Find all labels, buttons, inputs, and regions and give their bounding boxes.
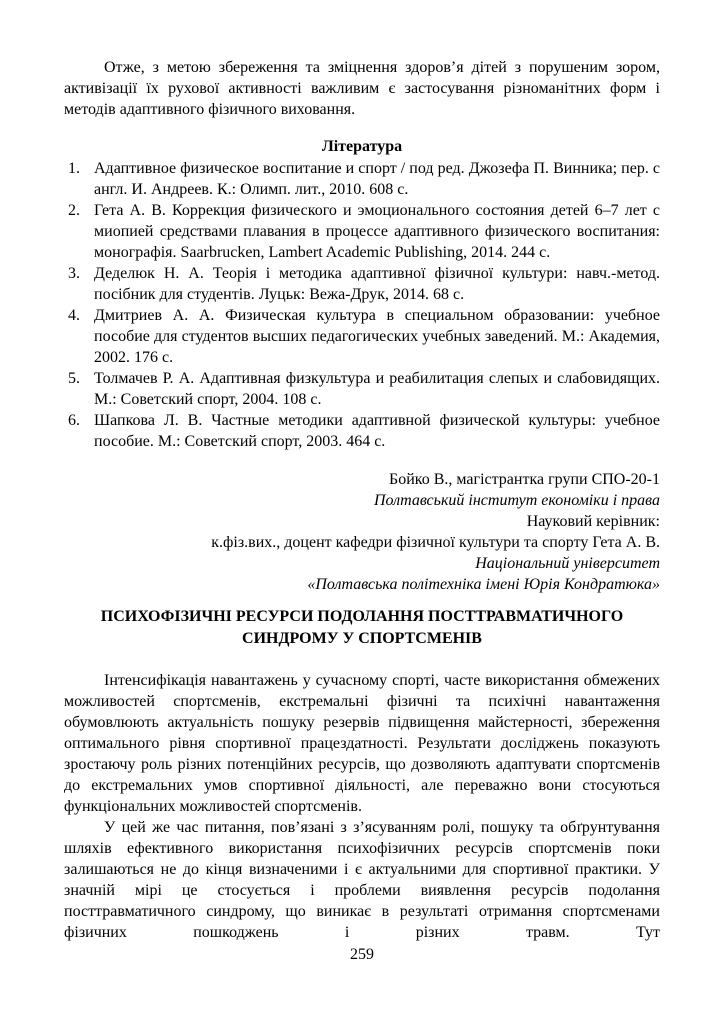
reference-number: 1. [64, 158, 94, 200]
reference-text: Шапкова Л. В. Частные методики адаптивно… [94, 410, 660, 452]
reference-number: 2. [64, 200, 94, 263]
reference-list: 1. Адаптивное физическое воспитание и сп… [64, 158, 660, 452]
reference-item: 4. Дмитриев А. А. Физическая культура в … [64, 305, 660, 368]
reference-text: Толмачев Р. А. Адаптивная физкультура и … [94, 368, 660, 410]
reference-item: 2. Гета А. В. Коррекция физического и эм… [64, 200, 660, 263]
supervisor-name-line: к.фіз.вих., доцент кафедри фізичної куль… [64, 532, 660, 553]
reference-text: Дмитриев А. А. Физическая культура в спе… [94, 305, 660, 368]
reference-number: 6. [64, 410, 94, 452]
literature-heading: Література [64, 136, 660, 157]
reference-text: Деделюк Н. А. Теорія і методика адаптивн… [94, 263, 660, 305]
author-name-line: Бойко В., магістрантка групи СПО-20-1 [64, 469, 660, 490]
reference-text: Гета А. В. Коррекция физического и эмоци… [94, 200, 660, 263]
page-number: 259 [64, 945, 660, 965]
reference-number: 3. [64, 263, 94, 305]
intro-paragraph: Отже, з метою збереження та зміцнення зд… [64, 57, 660, 120]
reference-item: 3. Деделюк Н. А. Теорія і методика адапт… [64, 263, 660, 305]
article-paragraph-1: Інтенсифікація навантажень у сучасному с… [64, 670, 660, 817]
article-title: ПСИХОФІЗИЧНІ РЕСУРСИ ПОДОЛАННЯ ПОСТТРАВМ… [64, 606, 660, 650]
author-block: Бойко В., магістрантка групи СПО-20-1 По… [64, 469, 660, 595]
reference-number: 5. [64, 368, 94, 410]
university-name-line: «Полтавська політехніка імені Юрія Кондр… [64, 574, 660, 595]
reference-item: 1. Адаптивное физическое воспитание и сп… [64, 158, 660, 200]
article-paragraph-2: У цей же час питання, пов’язані з з’ясув… [64, 817, 660, 943]
university-line: Національний університет [64, 553, 660, 574]
author-institution-line: Полтавський інститут економіки і права [64, 490, 660, 511]
reference-text: Адаптивное физическое воспитание и спорт… [94, 158, 660, 200]
supervisor-label-line: Науковий керівник: [64, 511, 660, 532]
reference-number: 4. [64, 305, 94, 368]
reference-item: 6. Шапкова Л. В. Частные методики адапти… [64, 410, 660, 452]
reference-item: 5. Толмачев Р. А. Адаптивная физкультура… [64, 368, 660, 410]
document-page: Отже, з метою збереження та зміцнення зд… [0, 0, 724, 1024]
